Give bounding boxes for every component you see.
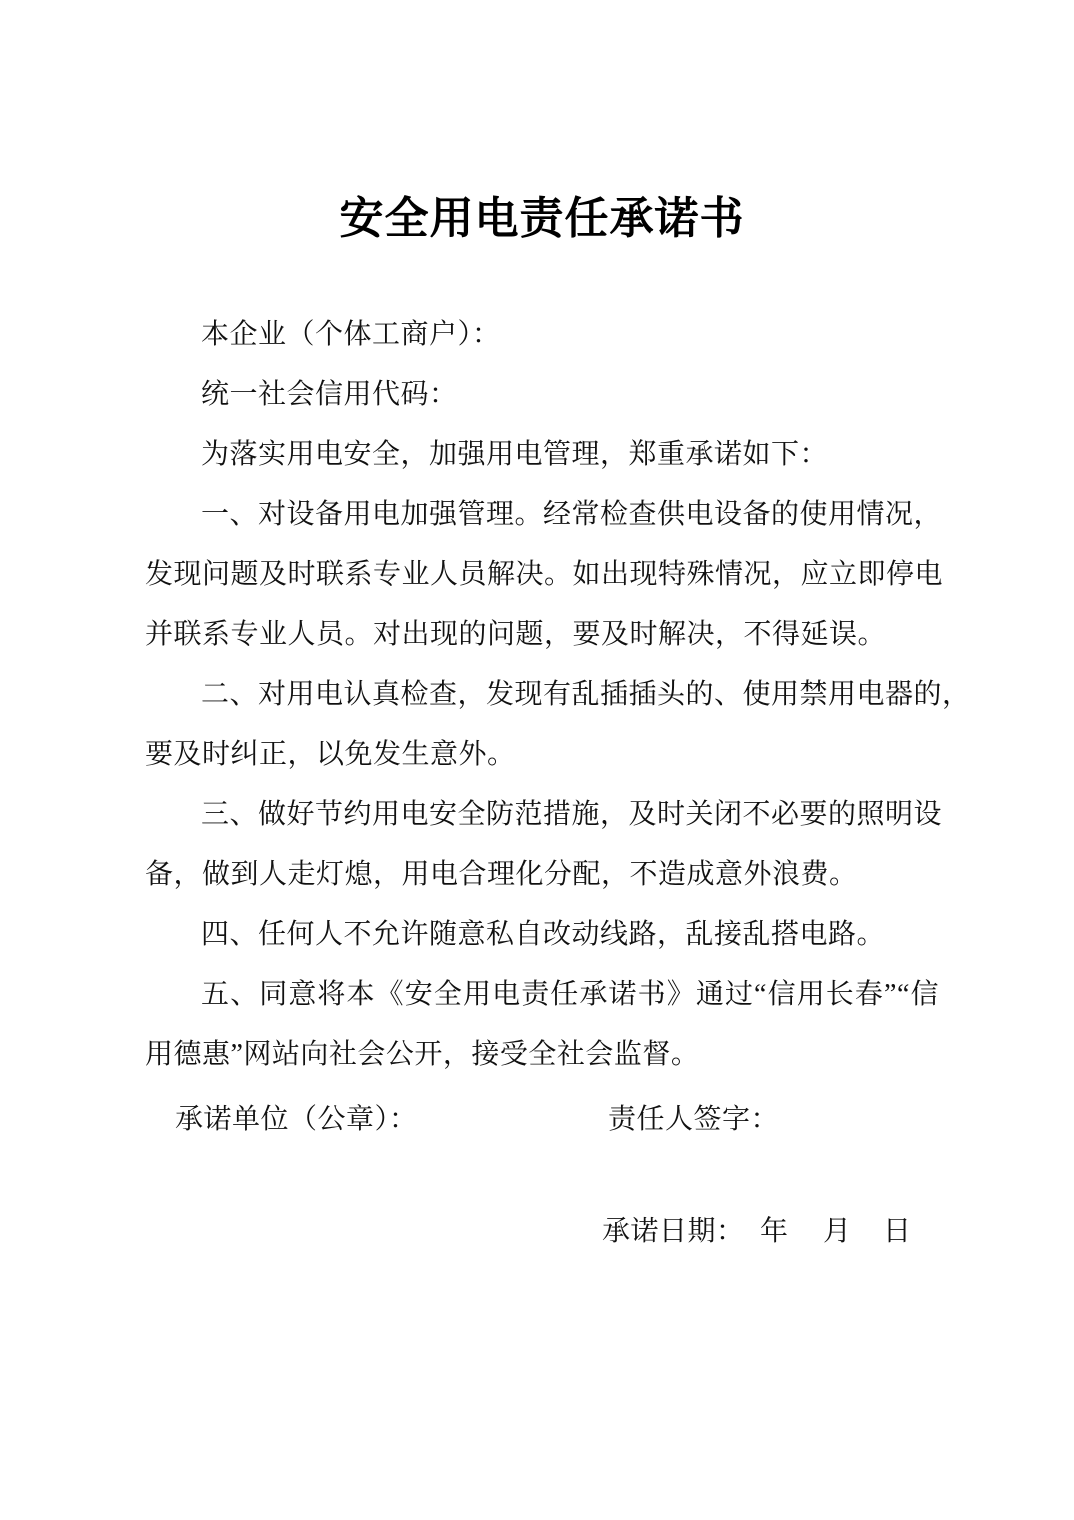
body-line-enterprise: 本企业（个体工商户）： [145, 305, 939, 365]
day-label: 日 [883, 1202, 912, 1262]
body-line-item1-b: 发现问题及时联系专业人员解决。如出现特殊情况，应立即停电 [145, 545, 939, 605]
body-line-item3-b: 备，做到人走灯熄，用电合理化分配，不造成意外浪费。 [145, 845, 939, 905]
document-page: 安全用电责任承诺书 本企业（个体工商户）： 统一社会信用代码： 为落实用电安全，… [0, 0, 1074, 1520]
promise-date-label: 承诺日期： [602, 1202, 745, 1262]
body-line-preamble: 为落实用电安全，加强用电管理，郑重承诺如下： [145, 425, 939, 485]
body-line-item5-b: 用德惠”网站向社会公开，接受全社会监督。 [145, 1025, 939, 1085]
body-line-item1-a: 一、对设备用电加强管理。经常检查供电设备的使用情况， [145, 485, 939, 545]
month-label: 月 [823, 1202, 852, 1262]
signature-row: 承诺单位（公章）： 责任人签字： [145, 1090, 939, 1150]
responsible-person-signature-label: 责任人签字： [608, 1090, 779, 1150]
promise-date-row: 承诺日期： 年 月 日 [145, 1202, 939, 1262]
body-line-item5-a: 五、同意将本《安全用电责任承诺书》通过“信用长春”“信 [145, 965, 939, 1025]
body-line-item3-a: 三、做好节约用电安全防范措施，及时关闭不必要的照明设 [145, 785, 939, 845]
body-line-item4: 四、任何人不允许随意私自改动线路，乱接乱搭电路。 [145, 905, 939, 965]
body-line-item2-a: 二、对用电认真检查，发现有乱插插头的、使用禁用电器的， [145, 665, 939, 725]
promise-unit-label: 承诺单位（公章）： [175, 1090, 418, 1150]
body-line-credit-code: 统一社会信用代码： [145, 365, 939, 425]
year-label: 年 [760, 1202, 789, 1262]
document-title: 安全用电责任承诺书 [145, 195, 939, 243]
body-line-item2-b: 要及时纠正，以免发生意外。 [145, 725, 939, 785]
body-line-item1-c: 并联系专业人员。对出现的问题，要及时解决，不得延误。 [145, 605, 939, 665]
